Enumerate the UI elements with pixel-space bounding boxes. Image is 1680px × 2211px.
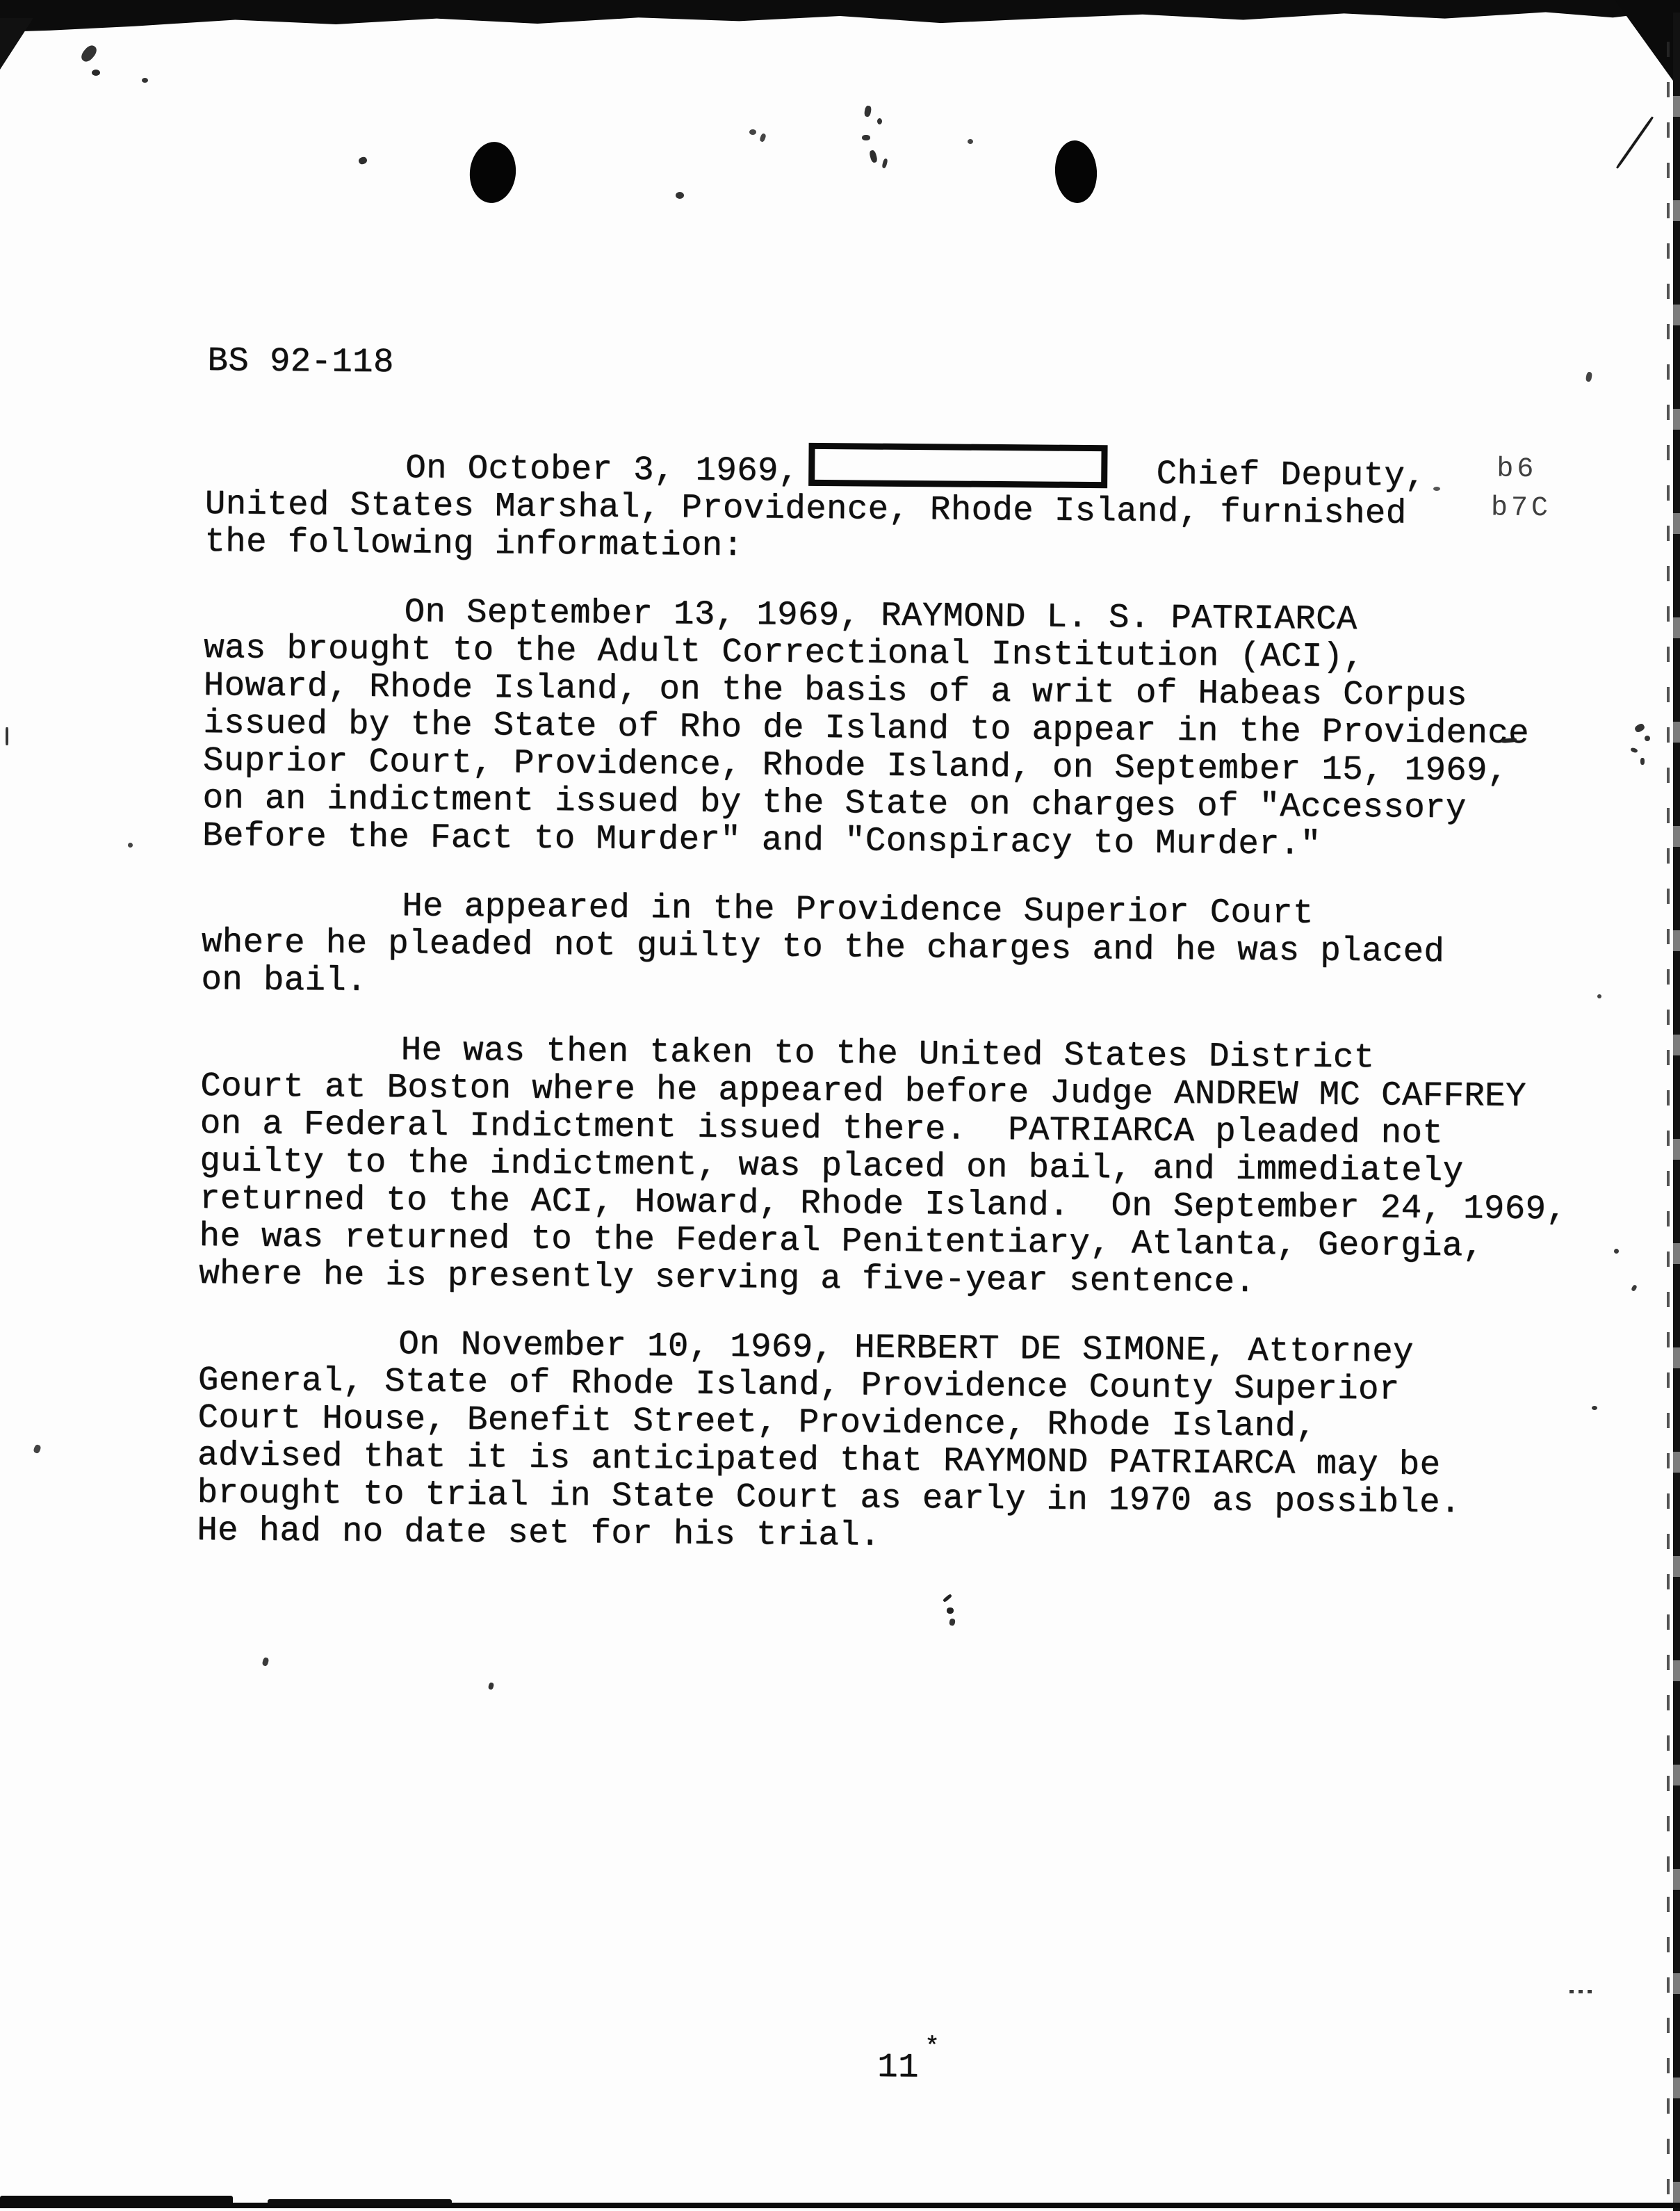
ink-speck [862, 135, 870, 140]
ink-speck [676, 192, 684, 199]
paragraph-1: On October 3, 1969,Chief Deputy, United … [204, 438, 1602, 572]
ink-speck [968, 139, 973, 144]
document-page: BS 92-118 b6 b7C On October 3, 1969,Chie… [0, 0, 1680, 2211]
ink-speck [759, 133, 767, 143]
ink-speck [749, 129, 756, 135]
scan-edge-bottom-blob [0, 2196, 233, 2205]
ink-speck [358, 156, 368, 165]
scan-edge-top [0, 0, 1680, 32]
ink-speck [864, 105, 872, 117]
ink-speck [488, 1682, 494, 1690]
ink-speck [949, 1618, 956, 1626]
scan-edge-right-dashes [1667, 42, 1670, 2204]
ink-speck [943, 1594, 952, 1603]
ink-speck [1433, 487, 1440, 491]
ink-speck [869, 149, 878, 163]
ink-speck [6, 727, 8, 745]
paragraph-5: On November 10, 1969, HERBERT DE SIMONE,… [197, 1324, 1595, 1560]
ink-speck [142, 78, 148, 83]
ink-speck [1630, 747, 1638, 753]
ink-speck [79, 43, 99, 64]
ink-speck [262, 1657, 270, 1667]
hole-punch-mark [1053, 139, 1099, 204]
scan-edge-top-left [0, 18, 33, 70]
ink-speck [1631, 1284, 1638, 1292]
case-number: BS 92-118 [207, 342, 394, 381]
paragraph-2: On September 13, 1969, RAYMOND L. S. PAT… [202, 592, 1601, 866]
scan-edge-right [1673, 13, 1680, 2211]
ink-speck [1616, 116, 1654, 169]
ink-speck [33, 1444, 42, 1454]
paragraph-4: He was then taken to the United States D… [199, 1030, 1598, 1304]
scan-edge-bottom [0, 2203, 1680, 2208]
doc-text: On October 3, 1969, [405, 448, 799, 490]
ink-speck [877, 118, 882, 124]
ink-speck [1633, 722, 1645, 734]
ink-speck [128, 843, 133, 848]
ink-speck [1592, 1406, 1597, 1410]
page-number-asterisk: * [924, 2032, 940, 2061]
ink-speck [1614, 1249, 1619, 1254]
ink-speck [92, 70, 100, 76]
ink-speck [1640, 758, 1645, 765]
hole-punch-mark [467, 140, 519, 205]
doc-text: Chief Deputy, [1156, 455, 1426, 496]
scan-edge-bottom-blob [268, 2199, 452, 2205]
exemption-code-b6: b6 [1496, 451, 1537, 489]
page-number-value: 11 [877, 2048, 919, 2087]
paragraph-3: He appeared in the Providence Superior C… [201, 886, 1599, 1010]
ink-speck [947, 1607, 954, 1614]
page-number: 11* [877, 2039, 934, 2087]
ink-speck [1569, 1990, 1593, 1993]
exemption-code-b7c: b7C [1491, 490, 1551, 528]
ink-speck [881, 158, 888, 168]
document-content: BS 92-118 b6 b7C On October 3, 1969,Chie… [197, 438, 1603, 1592]
ink-speck [1597, 994, 1601, 998]
redaction-box [808, 443, 1107, 488]
ink-speck [1645, 736, 1650, 741]
ink-speck [1585, 371, 1592, 382]
